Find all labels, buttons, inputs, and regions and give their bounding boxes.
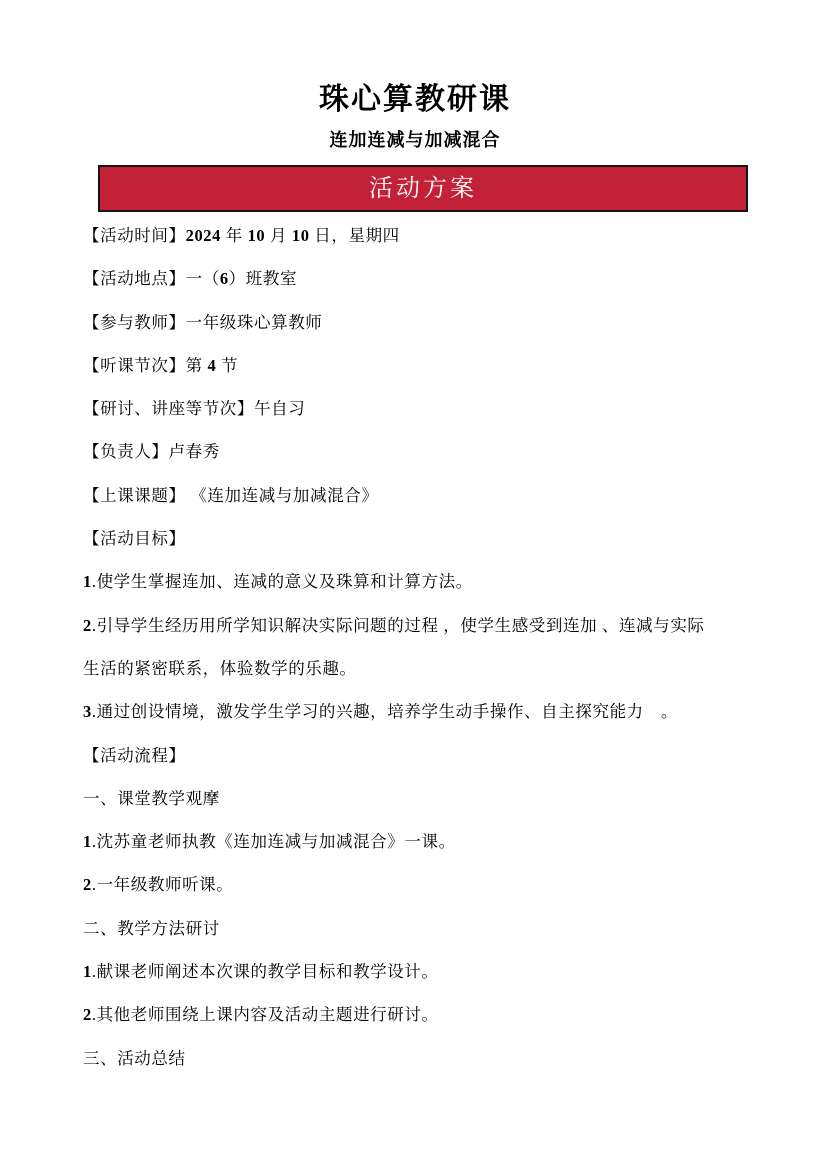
document-page: 珠心算教研课 连加连减与加减混合 活动方案 【活动时间】2024 年 10 月 …: [0, 0, 827, 1170]
page-subtitle: 连加连减与加减混合: [83, 129, 747, 151]
banner-label: 活动方案: [369, 177, 477, 201]
text-line: 1.献课老师阐述本次课的教学目标和教学设计。: [83, 950, 747, 993]
text-line: 【活动地点】一（6）班教室: [83, 257, 747, 300]
text-line: 【研讨、讲座等节次】午自习: [83, 387, 747, 430]
text-line: 【上课课题】 《连加连减与加减混合》: [83, 474, 747, 517]
text-line: 3.通过创设情境，激发学生学习的兴趣，培养学生动手操作、自主探究能力 。: [83, 690, 747, 733]
text-line: 【参与教师】一年级珠心算教师: [83, 301, 747, 344]
text-line: 2.引导学生经历用所学知识解决实际问题的过程 ，使学生感受到连加 、连减与实际: [83, 604, 747, 647]
text-line: 1.沈苏童老师执教《连加连减与加减混合》一课。: [83, 820, 747, 863]
text-line: 【负责人】卢春秀: [83, 430, 747, 473]
page-title: 珠心算教研课: [83, 0, 747, 118]
text-line: 三、活动总结: [83, 1037, 747, 1080]
text-line: 【听课节次】第 4 节: [83, 344, 747, 387]
banner: 活动方案: [98, 165, 748, 212]
text-line: 生活的紧密联系，体验数学的乐趣。: [83, 647, 747, 690]
text-line: 【活动流程】: [83, 734, 747, 777]
text-line: 二、教学方法研讨: [83, 907, 747, 950]
text-line: 一、课堂教学观摩: [83, 777, 747, 820]
text-line: 【活动时间】2024 年 10 月 10 日，星期四: [83, 214, 747, 257]
text-line: 2.其他老师围绕上课内容及活动主题进行研讨。: [83, 993, 747, 1036]
text-line: 1.使学生掌握连加、连减的意义及珠算和计算方法。: [83, 560, 747, 603]
body-lines: 【活动时间】2024 年 10 月 10 日，星期四【活动地点】一（6）班教室【…: [83, 214, 747, 1080]
text-line: 【活动目标】: [83, 517, 747, 560]
text-line: 2.一年级教师听课。: [83, 863, 747, 906]
